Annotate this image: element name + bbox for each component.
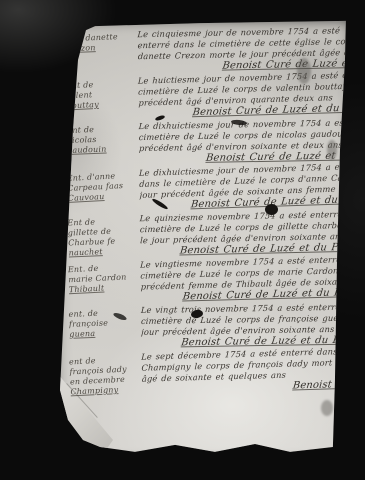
- register-record: ent. defrançoiseguenaLe vingt trois nove…: [69, 302, 336, 351]
- scanned-manuscript-image: Ent. danetteCrezonLe cinquiesme jour de …: [0, 0, 365, 480]
- margin-note: Ent. demarie CardonThibault: [68, 259, 142, 307]
- entry-text: Le dixhuictiesme jour de novembre 1754 a…: [139, 159, 365, 212]
- entry-text: Le vingtiesme novembre 1754 a esté enter…: [140, 253, 365, 305]
- register-record: Ent denicolasgaudouinLe dixhuictiesme jo…: [66, 118, 333, 168]
- pencil-smudge: [327, 140, 337, 160]
- ink-blot: [265, 204, 278, 215]
- margin-note-line: nauchet: [68, 246, 140, 259]
- entry-text: Le cinquiesme jour de novembre 1754 a es…: [137, 23, 365, 74]
- margin-note: Ent. d'anneCarpeau faasCauvoau: [66, 167, 140, 216]
- margin-note-line: bouttay: [66, 98, 138, 112]
- margin-note-line: Champigny: [70, 384, 142, 398]
- pencil-smudge: [297, 58, 311, 84]
- register-entries: Ent. danetteCrezonLe cinquiesme jour de …: [65, 26, 336, 445]
- pencil-smudge: [321, 400, 333, 416]
- manuscript-page: Ent. danetteCrezonLe cinquiesme jour de …: [55, 20, 350, 458]
- margin-note: Ent. danetteCrezon: [65, 28, 139, 76]
- margin-note: ent defrançois dadyen decembreChampigny: [69, 351, 143, 399]
- crease-line: [74, 39, 81, 52]
- margin-note: ent. defrançoiseguena: [68, 304, 142, 352]
- margin-note-line: gaudouin: [67, 143, 139, 156]
- entry-text: Le sept décembre 1754 a esté enterré dan…: [141, 344, 365, 397]
- margin-note: Ent denicolasgaudouin: [66, 120, 140, 168]
- register-record: ent defrançois dadyen decembreChampignyL…: [69, 346, 336, 398]
- margin-note-line: guena: [69, 327, 141, 340]
- entry-text: Le quinziesme novembre 1754 a esté enter…: [140, 208, 365, 258]
- margin-note: Ent devalentbouttay: [65, 75, 139, 123]
- register-record: Ent. danetteCrezonLe cinquiesme jour de …: [65, 25, 332, 75]
- margin-note-line: Thibault: [69, 282, 141, 295]
- entry-text: Le huictiesme jour de novembre 1754 a es…: [138, 68, 365, 121]
- register-record: Ent. d'anneCarpeau faasCauvoauLe dixhuic…: [67, 162, 334, 215]
- register-record: Ent. demarie CardonThibaultLe vingtiesme…: [68, 255, 335, 307]
- margin-note: Ent degillette deCharbue fenauchet: [67, 213, 141, 261]
- register-record: Ent degillette deCharbue fenauchetLe qui…: [68, 209, 335, 260]
- entry-text: Le vingt trois novembre 1754 a esté ente…: [141, 301, 365, 350]
- margin-note-line: Crezon: [65, 41, 137, 54]
- register-record: Ent devalentbouttayLe huictiesme jour de…: [66, 70, 333, 122]
